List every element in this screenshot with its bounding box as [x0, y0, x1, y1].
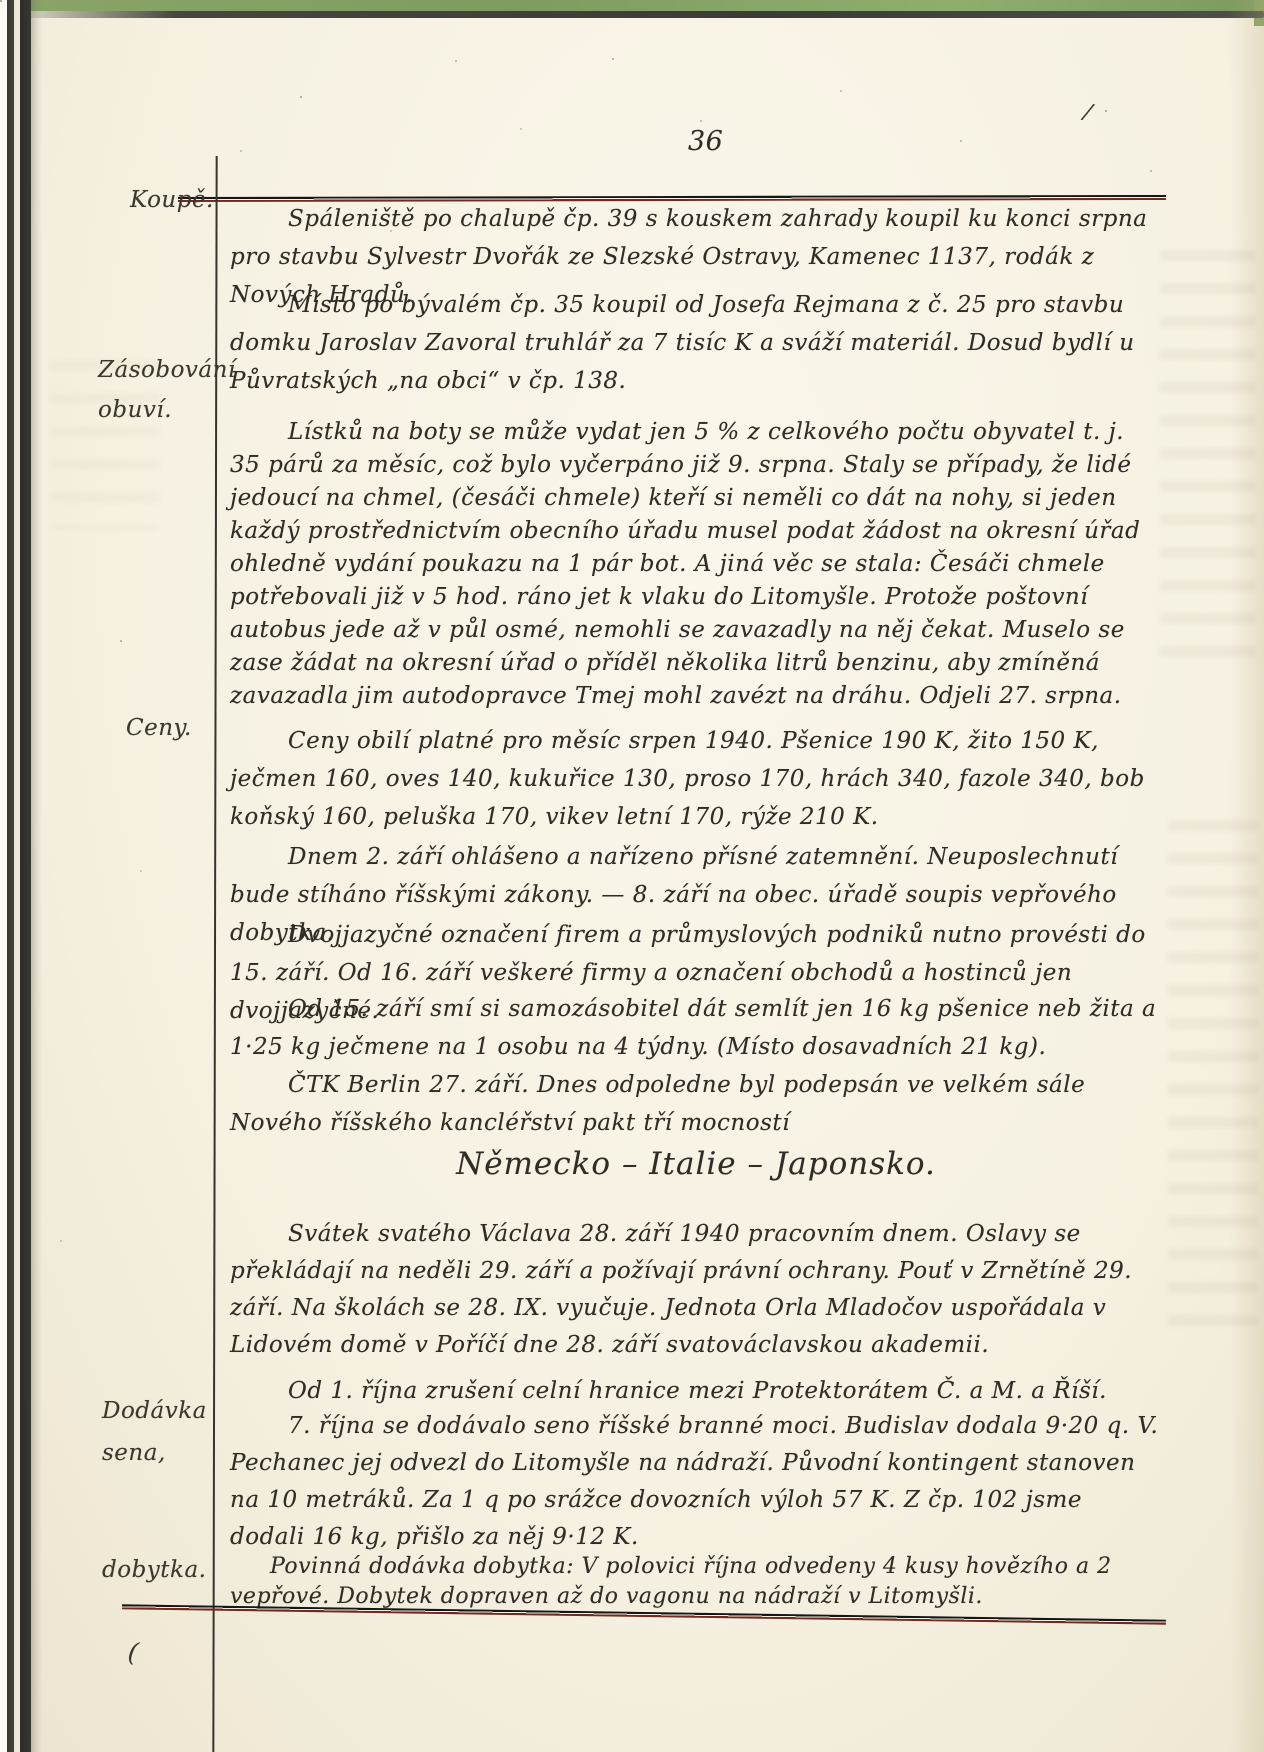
- book-gutter-scan-edge: [0, 0, 42, 1752]
- page-number: 36: [688, 126, 723, 157]
- paragraph-ceny-obili: Ceny obilí platné pro měsíc srpen 1940. …: [230, 722, 1162, 836]
- page-top-edge-shadow: [26, 11, 1264, 18]
- margin-label-dodavka-sena: Dodávka sena,: [102, 1390, 206, 1474]
- paragraph-misto-po-byvalem: Místo po bývalém čp. 35 koupil od Josefa…: [230, 286, 1162, 400]
- margin-label-koupe: Koupě.: [130, 180, 214, 220]
- paragraph-listky-na-boty: Lístků na boty se může vydat jen 5 % z c…: [230, 416, 1162, 713]
- margin-label-zasobovani-obuvi: Zásobování obuví.: [98, 350, 210, 430]
- page-right-edge-shade: [1230, 0, 1264, 1752]
- scanner-top-edge: [18, 0, 1264, 11]
- paragraph-svatek-svateho-vaclava: Svátek svatého Václava 28. září 1940 pra…: [230, 1216, 1162, 1364]
- pact-heading: Německo – Italie – Japonsko.: [230, 1146, 1162, 1182]
- paragraph-dodavka-sena: 7. října se dodávalo seno říšské branné …: [230, 1408, 1162, 1556]
- margin-label-ceny: Ceny.: [126, 708, 192, 748]
- ink-speckles: [0, 0, 2, 2]
- paragraph-samozasobitel: Od 15. září smí si samozásobitel dát sem…: [230, 990, 1162, 1066]
- paragraph-ctk-berlin-pakt: ČTK Berlin 27. září. Dnes odpoledne byl …: [230, 1066, 1162, 1142]
- paragraph-dodavka-dobytka: Povinná dodávka dobytka: V polovici říjn…: [230, 1552, 1162, 1612]
- paragraph-zruseni-celni-hranice: Od 1. října zrušení celní hranice mezi P…: [230, 1372, 1162, 1410]
- margin-label-dobytka: dobytka.: [102, 1550, 207, 1590]
